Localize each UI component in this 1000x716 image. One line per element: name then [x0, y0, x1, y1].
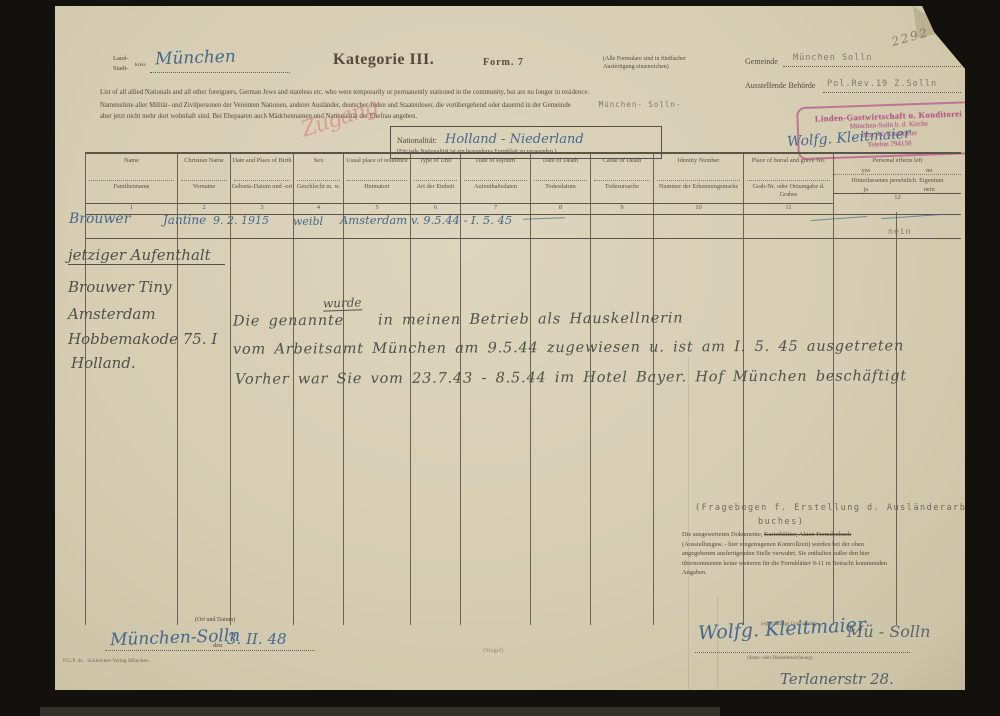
col-de: Todesdatum	[531, 181, 590, 203]
col-en: Christian Name	[178, 154, 230, 180]
col-de: Aufenthaltsdaten	[461, 181, 530, 203]
gemeinde-dotted-line	[783, 50, 961, 67]
col-header-vorname: Christian Name Vorname 2	[178, 154, 231, 214]
col-header-heimatort: Usual place of residence Heimatort 5	[344, 154, 411, 214]
documents-note-post: (Ausstellungsw. - hier eingetragenen Kon…	[682, 541, 887, 577]
land-label: Land-	[113, 54, 129, 64]
siegel-label: (Siegel)	[483, 647, 504, 654]
col-de: Art der Einheit	[411, 181, 460, 203]
pencil-mark: 2292	[890, 25, 931, 49]
documents-note-struck: Karteiblätter, Akten Fremdenbuch	[764, 531, 851, 538]
col-en: Name	[86, 154, 177, 180]
signature-place: Mü - Solln	[847, 622, 930, 641]
intro-line-en: List of all allied Nationals and all oth…	[100, 88, 820, 99]
kreis-label: kreis	[135, 62, 146, 68]
col-de: Grab-Nr. oder Ortsangabe d. Grabes	[744, 181, 833, 203]
col-yes-no-de: janein	[834, 186, 961, 193]
row-eigentum-value: nein	[888, 227, 911, 236]
col-header-geschlecht: Sex Geschlecht m. w. 4	[294, 154, 344, 214]
col-de: Geburts-Datum und -ort	[231, 181, 293, 203]
scanned-document-photo: 2292 Land- Stadt- kreis München Kategori…	[0, 0, 1000, 716]
col-num: 12	[834, 193, 961, 204]
col-en: Identity Number	[654, 154, 743, 180]
intro-line-de2: aber jetzt nicht mehr dort wohnhaft sind…	[100, 112, 820, 123]
row-geschlecht-value: weibl	[293, 215, 323, 228]
stadt-label: Stadt-	[113, 64, 129, 74]
signature-address: Terlanerstr 28.	[780, 670, 894, 688]
place-date-dotted-line	[105, 636, 315, 651]
col-yes-no-en: yesno	[834, 167, 961, 175]
fragebogen-note-line1: (Fragebogen f. Erstellung d. Ausländerar…	[695, 503, 986, 513]
col-de: Vorname	[178, 181, 230, 203]
col-header-einheit: Type of Unit Art der Einheit 6	[411, 154, 461, 214]
col-en: Sex	[294, 154, 343, 180]
col-de: Heimatort	[344, 181, 410, 203]
col-en: Date and Place of Birth	[231, 154, 293, 180]
col-en: Date of sojourn	[461, 154, 530, 180]
nein-de: nein	[898, 186, 962, 193]
copies-note-line1: (Alle Formulare sind in fünffacher	[603, 55, 686, 63]
note-inserted-word: wurde	[323, 295, 362, 311]
current-address-title: jetziger Aufenthalt	[68, 246, 225, 265]
col-en: Place of burial and grave No.	[744, 154, 833, 180]
col-de: Todesursache	[591, 181, 653, 203]
col-en: Personal effects left	[834, 154, 961, 167]
copies-note-line2: Ausfertigung einzureichen)	[603, 63, 686, 71]
gemeinde-inline-value: München- Solln-	[599, 100, 682, 109]
scan-edge-band	[40, 707, 720, 716]
intro-paragraph: List of all allied Nationals and all oth…	[100, 88, 820, 123]
kategorie-title: Kategorie III.	[333, 51, 434, 69]
col-header-todesursache: Cause of Death Todesursache 9	[591, 154, 654, 214]
note-line1-b: in meinen Betrieb als Hauskellnerin	[378, 310, 684, 328]
row-heimatort-value: Amsterdam v. 9.5.44 - I. 5. 45	[340, 213, 512, 227]
kreis-label-block: Land- Stadt-	[113, 54, 129, 74]
col-header-familienname: Name Familienname 1	[86, 154, 178, 214]
col-header-todesdatum: Date of Death Todesdatum 8	[531, 154, 591, 214]
current-address-line2: Amsterdam	[68, 305, 156, 323]
col-de: Familienname	[86, 181, 177, 203]
col-header-geburt: Date and Place of Birth Geburts-Datum un…	[231, 154, 294, 214]
signature-dotted-line	[695, 640, 910, 653]
col-de: Hinterlassenes persönlich. Eigentum	[834, 175, 961, 186]
fragebogen-note-line2: buches)	[758, 517, 804, 527]
no-en: no	[898, 167, 962, 175]
note-line1-a: Die genannte	[233, 313, 344, 330]
yes-en: yes	[834, 167, 898, 175]
record-table-header: Name Familienname 1 Christian Name Vorna…	[85, 152, 961, 215]
documents-note: Die ausgewerteten Dokumente, Karteiblätt…	[682, 530, 890, 578]
col-en: Date of Death	[531, 154, 590, 180]
ja-de: ja	[834, 186, 898, 193]
nationality-value: Holland - Niederland	[445, 132, 584, 147]
row-familienname-value: Brouwer	[69, 211, 130, 227]
col-header-eigentum: Personal effects left yesno Hinterlassen…	[834, 154, 961, 214]
city-dotted-line	[150, 52, 290, 73]
form-paper: 2292 Land- Stadt- kreis München Kategori…	[55, 6, 965, 690]
col-header-erkennungsmarke: Identity Number Nummer der Erkennungsmar…	[654, 154, 744, 214]
col-de: Geschlecht m. w.	[294, 181, 343, 203]
col-header-grab: Place of burial and grave No. Grab-Nr. o…	[744, 154, 834, 214]
intro-line-de1: Namensliste aller Militär- und Zivilpers…	[100, 99, 820, 112]
documents-note-pre: Die ausgewerteten Dokumente,	[682, 531, 764, 538]
row-geburt-value: 9. 2. 1915	[213, 214, 269, 227]
dienst-label: (Amts- oder Dienstbezeichnung)	[747, 656, 813, 661]
print-imprint: F.G.P. 4a · Schleicher-Verlag München	[63, 658, 149, 664]
copies-note: (Alle Formulare sind in fünffacher Ausfe…	[603, 55, 686, 72]
note-line1: Die genanntein meinen Betrieb als Hauske…	[233, 310, 684, 330]
form-number: Form. 7	[483, 57, 524, 68]
ort-datum-label: (Ort und Datum)	[195, 617, 235, 623]
row-vorname-value: Jantine	[163, 213, 206, 227]
col-en: Usual place of residence	[344, 154, 410, 180]
col-de: Nummer der Erkennungsmarke	[654, 181, 743, 203]
current-address-line1: Brouwer Tiny	[68, 278, 171, 296]
col-en: Cause of Death	[591, 154, 653, 180]
current-address-line4: Holland.	[71, 354, 136, 372]
behoerde-dotted-line	[823, 76, 961, 93]
col-en: Type of Unit	[411, 154, 460, 180]
nationality-label: Nationalität:	[397, 136, 437, 145]
col-header-aufenthalt: Date of sojourn Aufenthaltsdaten 7	[461, 154, 531, 214]
gemeinde-label: Gemeinde	[745, 57, 778, 66]
current-address-line3: Hobbemakode 75. I	[68, 330, 217, 348]
